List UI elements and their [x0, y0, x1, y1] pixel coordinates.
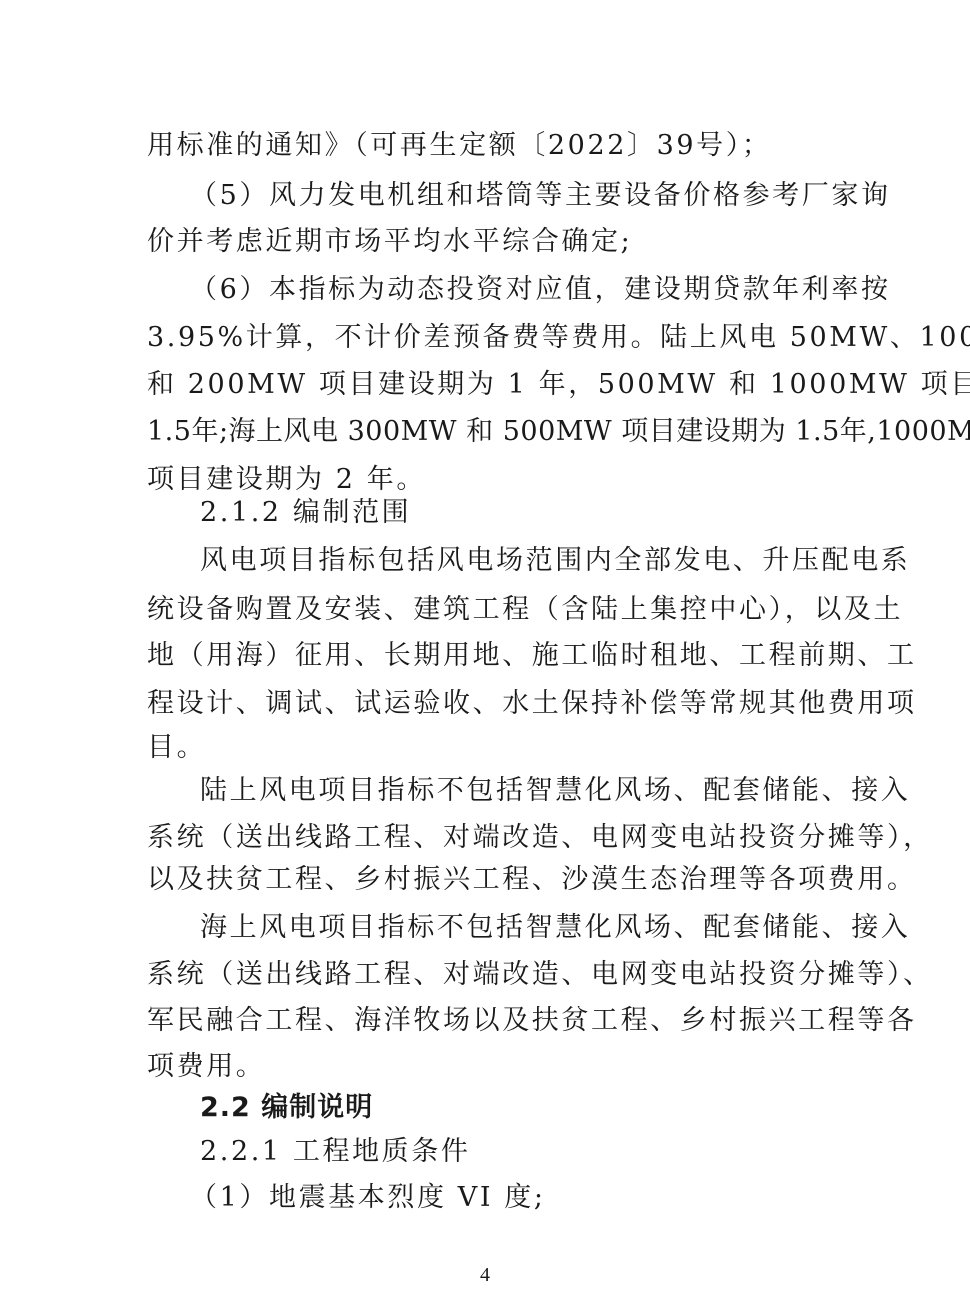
text-line: 目。 — [147, 730, 827, 766]
text-line: 项目建设期为 2 年。 — [147, 462, 827, 498]
text-line: 以及扶贫工程、乡村振兴工程、沙漠生态治理等各项费用。 — [147, 862, 827, 898]
text-line: 地（用海）征用、长期用地、施工临时租地、工程前期、工 — [147, 638, 827, 674]
text-line: 价并考虑近期市场平均水平综合确定; — [147, 224, 827, 260]
page-number: 4 — [0, 1264, 970, 1287]
section-heading-2-2-1: 2.2.1 工程地质条件 — [200, 1134, 827, 1170]
text-line: 和 200MW 项目建设期为 1 年，500MW 和 1000MW 项目建设期为 — [147, 367, 827, 403]
text-line: 1.5年;海上风电 300MW 和 500MW 项目建设期为 1.5年,1000… — [147, 414, 827, 450]
text-line: 程设计、调试、试运验收、水土保持补偿等常规其他费用项 — [147, 686, 827, 722]
text-line: 系统（送出线路工程、对端改造、电网变电站投资分摊等）， — [147, 820, 827, 856]
paragraph-start: 风电项目指标包括风电场范围内全部发电、升压配电系 — [200, 543, 827, 579]
text-line: 统设备购置及安装、建筑工程（含陆上集控中心），以及土 — [147, 592, 827, 628]
text-line: 3.95%计算，不计价差预备费等费用。陆上风电 50MW、100MW — [147, 320, 827, 356]
text-line: 用标准的通知》（可再生定额〔2022〕39号）； — [147, 128, 827, 164]
document-page: 用标准的通知》（可再生定额〔2022〕39号）； （5）风力发电机组和塔筒等主要… — [0, 0, 970, 1312]
section-heading-2-2: 2.2 编制说明 — [200, 1090, 827, 1126]
section-heading-2-1-2: 2.1.2 编制范围 — [200, 495, 827, 531]
list-item-5: （5）风力发电机组和塔筒等主要设备价格参考厂家询 — [190, 178, 870, 214]
list-item-6: （6）本指标为动态投资对应值，建设期贷款年利率按 — [190, 272, 870, 308]
text-line: 项费用。 — [147, 1049, 827, 1085]
text-line: 军民融合工程、海洋牧场以及扶贫工程、乡村振兴工程等各 — [147, 1003, 827, 1039]
paragraph-start: 海上风电项目指标不包括智慧化风场、配套储能、接入 — [200, 910, 827, 946]
text-line: 系统（送出线路工程、对端改造、电网变电站投资分摊等）、 — [147, 957, 827, 993]
list-item-1: （1）地震基本烈度 VI 度; — [190, 1180, 870, 1216]
paragraph-start: 陆上风电项目指标不包括智慧化风场、配套储能、接入 — [200, 773, 827, 809]
